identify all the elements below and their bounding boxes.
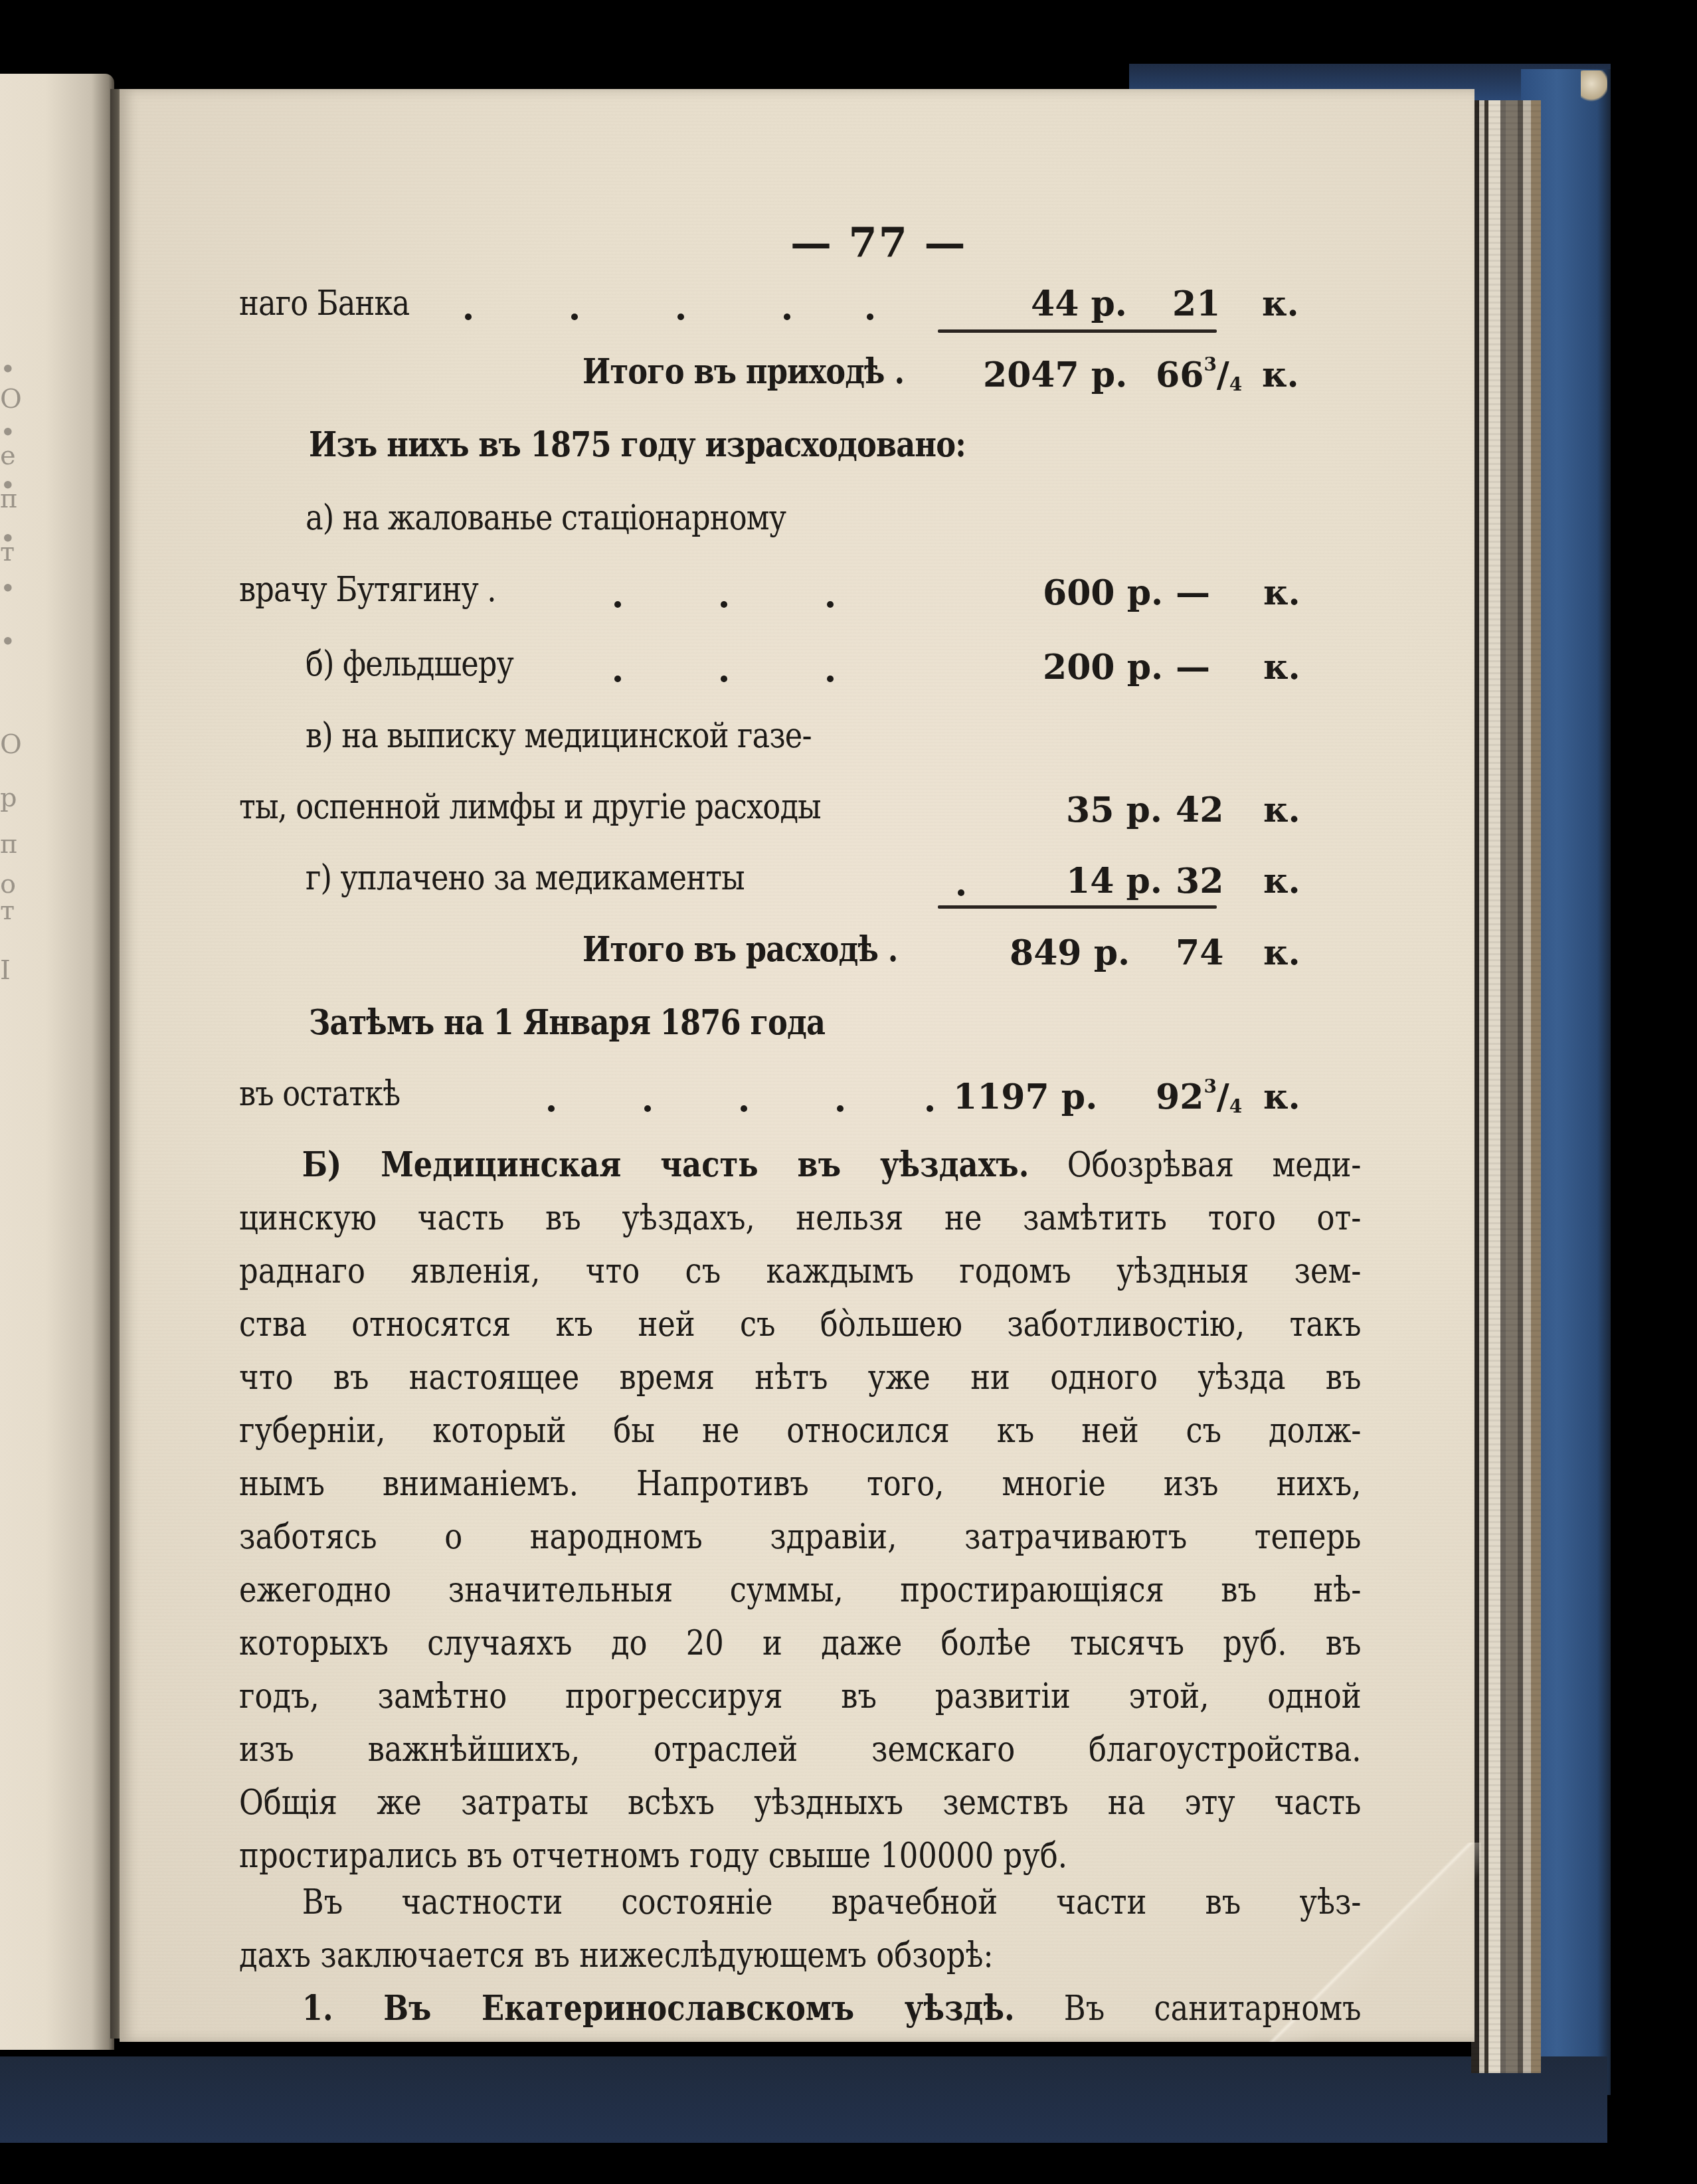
rub-value: 1197 [953,1077,1049,1117]
rub-value: 600 [1043,573,1115,613]
leader-dots [614,672,834,685]
bank-kop-unit: к. [1262,284,1299,324]
item-1-paragraph: 1. Въ Екатеринославскомъ уѣздѣ. Въ санит… [239,1982,1362,2035]
section-b-heading: Б) Медицинская часть въ уѣздахъ. [302,1144,1029,1185]
left-page-glyph: • [0,356,27,383]
balance-line1: Затѣмъ на 1 Января 1876 года [309,1006,825,1040]
rub-unit: р. [1127,573,1163,613]
expense-total-kop-unit: к. [1263,933,1300,973]
page-fore-edges [1471,100,1541,2073]
expense-d-label: г) уплачено за медикаменты [306,861,745,895]
expense-total-label: Итого въ расходѣ . [582,933,897,967]
right-page: — 77 — наго Банка 44 р. 21 к. Итого въ п… [120,89,1474,2042]
paragraph-line: Въ частности состояніе врачебной части в… [239,1876,1362,1929]
expense-b-kop: — [1176,647,1210,687]
left-page-glyph: т [0,897,27,924]
expenses-heading: Изъ нихъ въ 1875 году израсходовано: [309,428,966,462]
left-page-glyph: О [0,386,27,412]
paragraph-line: цинскую часть въ уѣздахъ, нельзя не замѣ… [239,1192,1362,1245]
fraction-denominator: 4 [1229,373,1242,395]
fraction-numerator: 3 [1204,353,1216,375]
paragraph-line: раднаго явленія, что съ каждымъ годомъ у… [239,1245,1362,1298]
kop-value: 66 [1156,355,1204,395]
expense-a-rub: 600 р. [1043,573,1163,613]
balance-kop-unit: к. [1263,1077,1300,1117]
expense-a-line2: врачу Бутягину . [239,573,496,607]
left-page-glyph: • [0,575,27,602]
paragraph-line: годъ, замѣтно прогрессируя въ развитіи э… [239,1670,1362,1723]
income-total-rub: 2047 р. [983,355,1127,395]
expense-c-kop-unit: к. [1263,790,1300,830]
particulars-paragraph: Въ частности состояніе врачебной части в… [239,1876,1362,1982]
income-total-kop-unit: к. [1262,355,1299,395]
left-page-glyph: п [0,831,27,858]
rub-unit: р. [1094,933,1130,973]
expense-c-rub: 35 р. [1066,790,1162,830]
kop-value: 92 [1156,1077,1204,1117]
leader-dots [548,1102,933,1115]
leader-dots [465,310,873,323]
leader-dots [614,598,834,610]
expense-d-kop-unit: к. [1263,861,1300,901]
open-book: • О • е • п • т • • О р п о т І — 77 — н… [0,64,1697,2136]
rub-unit: р. [1091,355,1127,395]
left-page-glyph: О [0,731,27,758]
left-page-glyph: о [0,871,27,897]
section-b-paragraph: Б) Медицинская часть въ уѣздахъ. Обозрѣв… [239,1138,1362,1882]
balance-kop: 923/4 [1156,1077,1242,1117]
bank-rub: 44 р. [1031,284,1127,324]
expense-a-kop-unit: к. [1263,573,1300,613]
bank-kop: 21 [1172,284,1220,324]
paragraph-line: ежегодно значительныя суммы, простирающі… [239,1564,1362,1617]
paragraph-line: Общія же затраты всѣхъ уѣздныхъ земствъ … [239,1776,1362,1829]
left-page-fragment: • О • е • п • т • • О р п о т І [0,74,114,2050]
expense-b-rub: 200 р. [1043,647,1163,687]
paragraph-line: что въ настоящее время нѣтъ уже ни одног… [239,1351,1362,1404]
sum-rule [938,329,1217,333]
expense-b-kop-unit: к. [1263,647,1300,687]
left-page-glyph: т [0,539,27,565]
expense-a-kop: — [1176,573,1210,613]
rub-value: 200 [1043,647,1115,687]
paragraph-line: губерніи, который бы не относился къ ней… [239,1404,1362,1457]
expense-c-line1: в) на выписку медицинской газе- [306,719,812,753]
rub-unit: р. [1126,790,1162,830]
rub-unit: р. [1126,861,1162,901]
rub-unit: р. [1061,1077,1097,1117]
sum-rule [938,905,1217,909]
rub-unit: р. [1127,647,1163,687]
leader-dots [958,886,964,899]
rub-value: 849 [1010,933,1082,973]
left-page-glyph: е [0,442,27,469]
item-1-heading: 1. Въ Екатеринославскомъ уѣздѣ. [302,1988,1015,2029]
cover-tassel [1581,70,1607,104]
expense-d-kop: 32 [1176,861,1223,901]
section-b-first-line: Б) Медицинская часть въ уѣздахъ. Обозрѣв… [239,1138,1362,1192]
expense-c-kop: 42 [1176,790,1223,830]
income-total-label: Итого въ приходѣ . [582,355,904,389]
balance-label: въ остаткѣ [239,1077,400,1111]
expense-total-kop: 74 [1176,933,1223,973]
book-cover-bottom [0,2056,1607,2143]
paragraph-line: простирались въ отчетномъ году свыше 100… [239,1829,1362,1882]
rub-unit: р. [1091,284,1126,324]
balance-rub: 1197 р. [953,1077,1097,1117]
rub-value: 44 [1031,284,1079,324]
expense-d-rub: 14 р. [1066,861,1162,901]
paragraph-line: которыхъ случаяхъ до 20 и даже болѣе тыс… [239,1617,1362,1670]
paragraph-line: дахъ заключается въ нижеслѣдующемъ обзор… [239,1929,1362,1982]
expense-b-label: б) фельдшеру [306,647,513,682]
expense-a-line1: а) на жалованье стаціонарному [306,501,786,535]
paragraph-line: нымъ вниманіемъ. Напротивъ того, многіе … [239,1457,1362,1510]
left-page-glyph: р [0,784,27,811]
fraction-denominator: 4 [1229,1095,1242,1117]
paragraph-line: Обозрѣвая меди- [1067,1145,1362,1185]
bank-line-label: наго Банка [239,286,409,321]
paragraph-line: заботясь о народномъ здравіи, затрачиваю… [239,1510,1362,1564]
left-page-glyph: І [0,957,27,984]
paragraph-line: Въ санитарномъ [1064,1989,1362,2029]
rub-value: 35 [1066,790,1114,830]
left-page-glyph: • [0,628,27,655]
expense-c-line2: ты, оспенной лимфы и другіе расходы [239,790,821,824]
paragraph-line: ства относятся къ ней съ бòльшею заботли… [239,1298,1362,1351]
paragraph-line: изъ важнѣйшихъ, отраслей земскаго благоу… [239,1723,1362,1776]
left-page-glyph: п [0,486,27,512]
page-number: — 77 — [790,219,966,267]
item-1-line: 1. Въ Екатеринославскомъ уѣздѣ. Въ санит… [239,1982,1362,2035]
rub-value: 14 [1066,861,1114,901]
income-total-kop: 663/4 [1156,355,1242,395]
fraction-numerator: 3 [1204,1075,1216,1097]
rub-value: 2047 [983,355,1079,395]
expense-total-rub: 849 р. [1010,933,1130,973]
